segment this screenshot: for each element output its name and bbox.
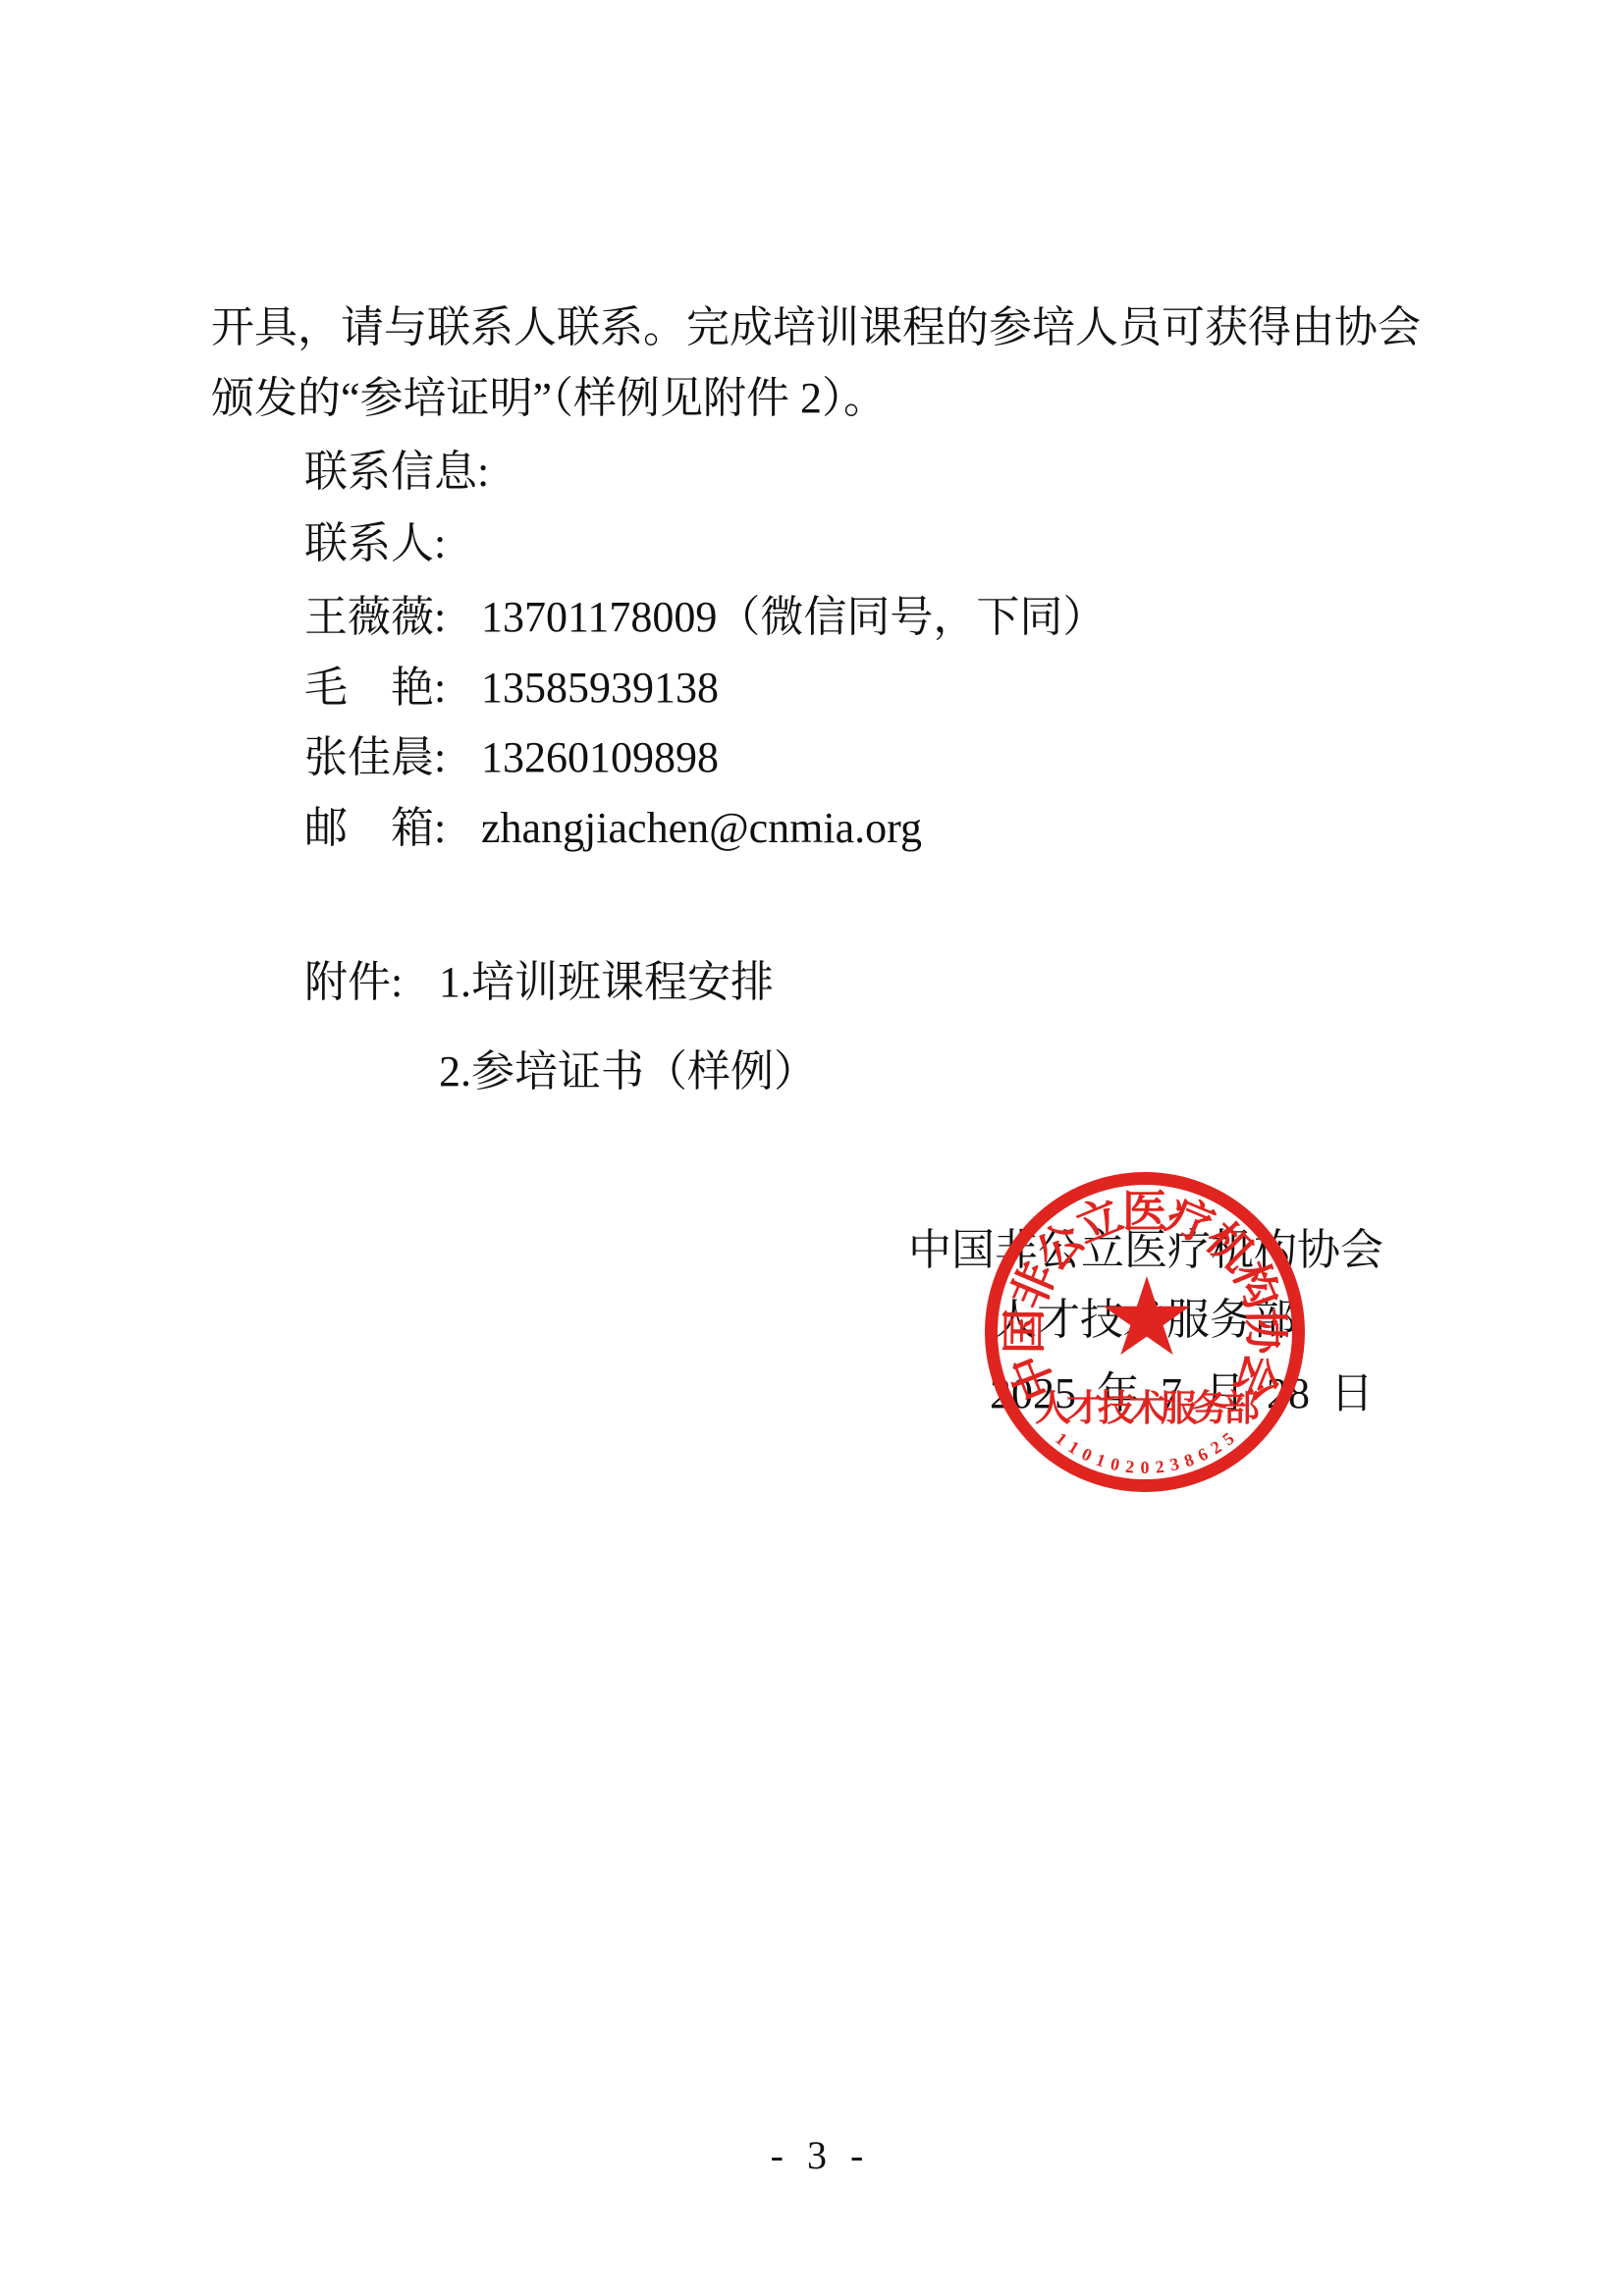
attachments-label: 附件: [304,959,403,1006]
contact-person-heading: 联系人: [304,520,446,567]
paragraph-line-2: 颁发的“参培证明”（样例见附件 2）。 [211,375,887,422]
contact-email-label: 邮 箱: [304,805,481,852]
official-seal-stamp: 中国非公立医疗机构协会 人才技术服务部 1101020238625 [985,1172,1305,1492]
seal-code-number: 1101020238625 [985,1172,1305,1492]
contact-phone: 13585939138 [481,664,719,712]
attachment-item-1: 1.培训班课程安排 [439,959,774,1006]
document-page: 开具，请与联系人联系。完成培训课程的参培人员可获得由协会 颁发的“参培证明”（样… [0,0,1623,2296]
contact-phone: 13260109898 [481,733,719,781]
contact-email: zhangjiachen@cnmia.org [481,804,922,852]
paragraph-line-1: 开具，请与联系人联系。完成培训课程的参培人员可获得由协会 [211,304,1421,351]
contact-row: 邮 箱:zhangjiachen@cnmia.org [304,805,922,852]
contact-name: 王薇薇: [304,594,481,641]
contact-row: 张佳晨:13260109898 [304,734,719,781]
contact-phone: 13701178009（微信同号，下同） [481,593,1106,641]
contact-name: 张佳晨: [304,734,481,781]
page-number: - 3 - [771,2132,864,2179]
contact-name: 毛 艳: [304,665,481,712]
contact-row: 王薇薇:13701178009（微信同号，下同） [304,594,1106,641]
attachment-item-2: 2.参培证书（样例） [439,1048,817,1095]
contact-info-heading: 联系信息: [304,449,489,496]
contact-row: 毛 艳:13585939138 [304,665,719,712]
